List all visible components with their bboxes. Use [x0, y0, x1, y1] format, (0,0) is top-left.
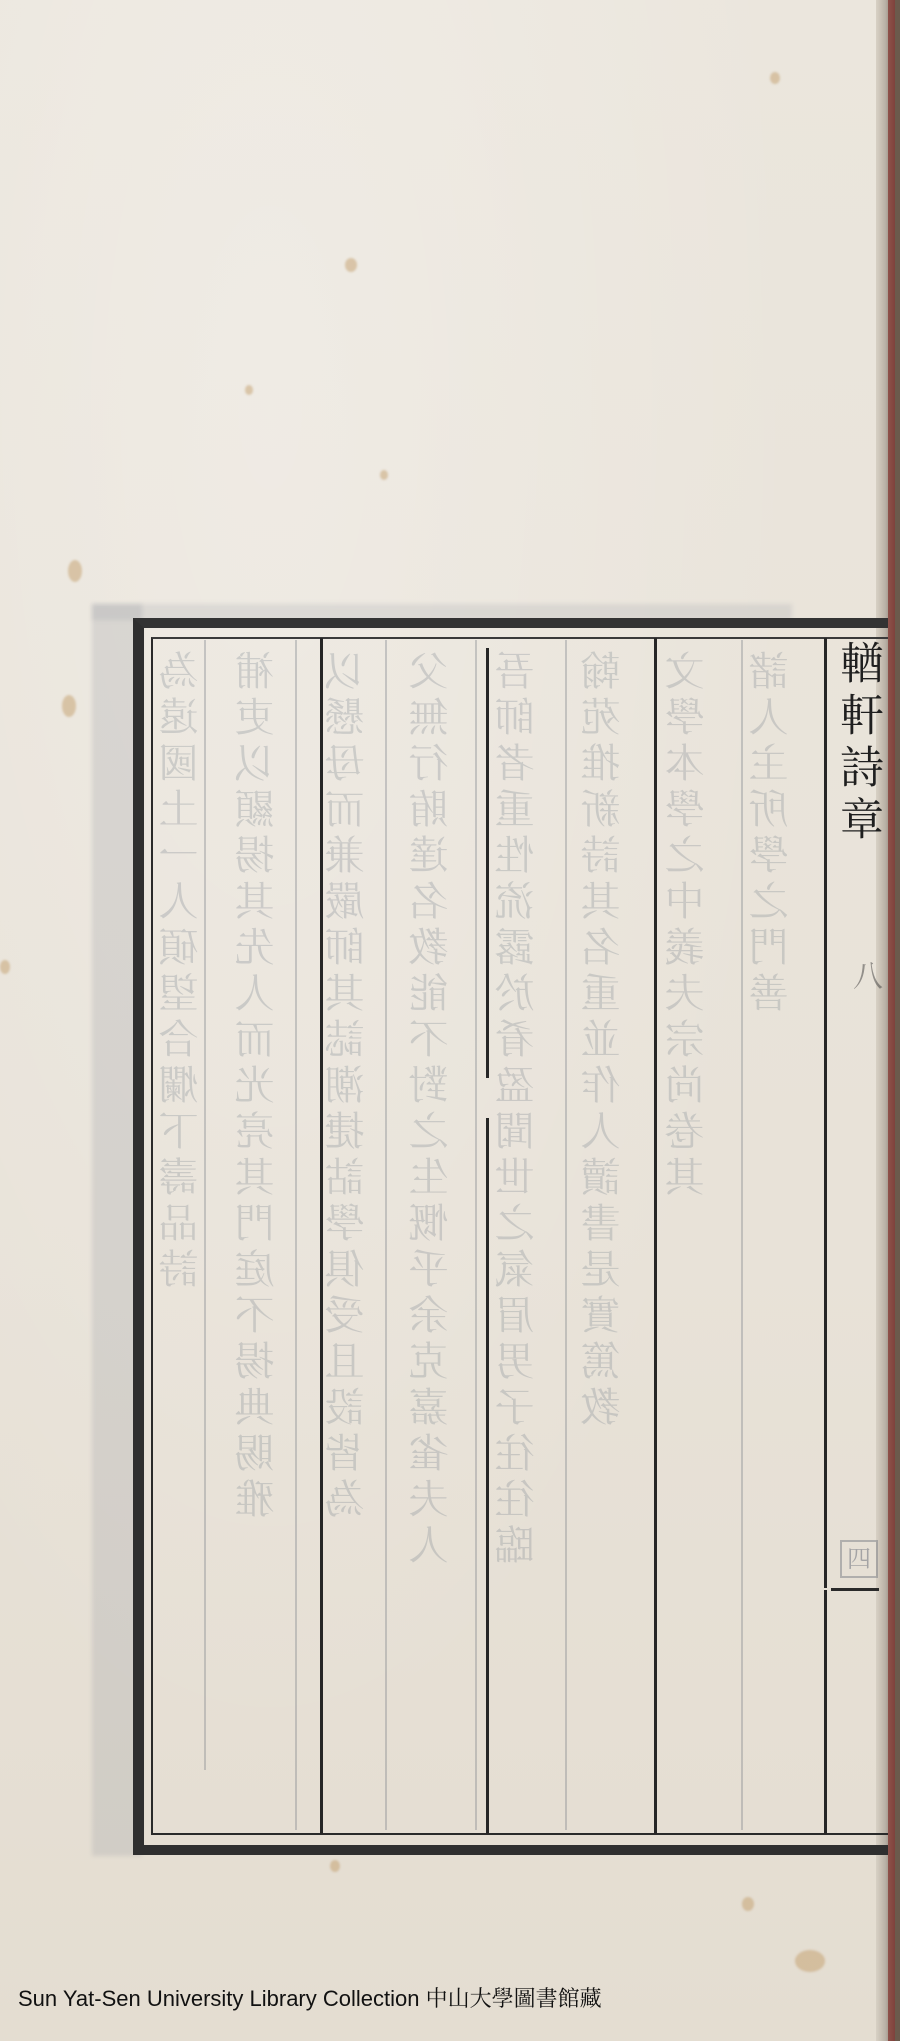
foxing-stain: [742, 1897, 754, 1911]
bleed-column-rule: [204, 640, 206, 1770]
foxing-stain: [68, 560, 82, 582]
bleed-column-rule: [475, 640, 477, 1830]
library-caption: Sun Yat-Sen University Library Collectio…: [18, 1982, 602, 2013]
foxing-stain: [0, 960, 10, 974]
book-cover-edge: [888, 0, 895, 2041]
foxing-stain: [345, 258, 357, 272]
foxing-stain: [795, 1950, 825, 1972]
column-rule: [824, 1590, 827, 1834]
bleed-column-rule: [295, 640, 297, 1830]
column-rule: [654, 638, 657, 1834]
column-rule: [486, 648, 489, 1078]
column-rule: [824, 638, 827, 1588]
scanned-page: 為遠國土一人碩望合爛下壽品詩 補吏以顯揚其先人而光亮其門庭不揚典賜雅 以懸母而兼…: [0, 0, 900, 2041]
margin-volume-mark: 八: [842, 960, 886, 990]
folio-divider: [831, 1588, 879, 1591]
margin-title: 輶軒詩章: [832, 640, 882, 848]
bleed-column-rule: [565, 640, 567, 1830]
folio-number: 四: [840, 1540, 878, 1578]
bleed-column-rule: [741, 640, 743, 1830]
column-rule: [486, 1118, 489, 1834]
book-spine-shadow: [895, 0, 900, 2041]
foxing-stain: [770, 72, 780, 84]
column-rule: [320, 638, 323, 1834]
inner-border-frame: [151, 637, 888, 1835]
foxing-stain: [245, 385, 253, 395]
bleed-column-rule: [385, 640, 387, 1830]
foxing-stain: [330, 1860, 340, 1872]
foxing-stain: [380, 470, 388, 480]
foxing-stain: [62, 695, 76, 717]
